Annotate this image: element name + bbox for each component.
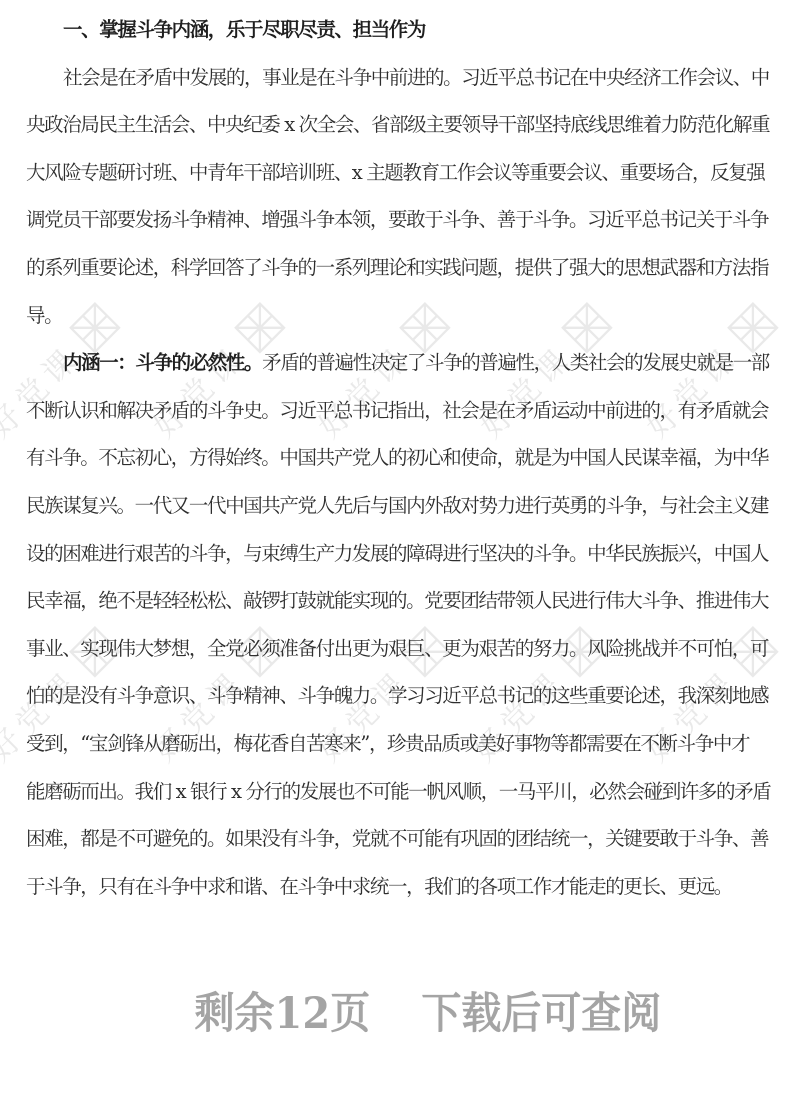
text-line: 不断认识和解决矛盾的斗争史。习近平总书记指出，社会是在矛盾运动中前进的，有矛盾就… [26, 387, 788, 435]
text-line: 能磨砺而出。我们 x 银行 x 分行的发展也不可能一帆风顺，一马平川，必然会碰到… [26, 768, 788, 816]
text-line: 民族谋复兴。一代又一代中国共产党人先后与国内外敌对势力进行英勇的斗争，与社会主义… [26, 482, 788, 530]
text-line: 的系列重要论述，科学回答了斗争的一系列理论和实践问题，提供了强大的思想武器和方法… [26, 244, 788, 292]
text-line: 怕的是没有斗争意识、斗争精神、斗争魄力。学习习近平总书记的这些重要论述，我深刻地… [26, 672, 788, 720]
text-line: 调党员干部要发扬斗争精神、增强斗争本领，要敢于斗争、善于斗争。习近平总书记关于斗… [26, 196, 788, 244]
paragraph-lead-bold: 内涵一：斗争的必然性。 [63, 351, 262, 374]
text-line: 社会是在矛盾中发展的，事业是在斗争中前进的。习近平总书记在中央经济工作会议、中 [26, 54, 788, 102]
text-line: 于斗争，只有在斗争中求和谐、在斗争中求统一，我们的各项工作才能走的更长、更远。 [26, 863, 788, 911]
text-line: 有斗争。不忘初心，方得始终。中国共产党人的初心和使命，就是为中国人民谋幸福，为中… [26, 434, 788, 482]
text-line: 设的困难进行艰苦的斗争，与束缚生产力发展的障碍进行坚决的斗争。中华民族振兴，中国… [26, 530, 788, 578]
text-line: 内涵一：斗争的必然性。矛盾的普遍性决定了斗争的普遍性，人类社会的发展史就是一部 [26, 339, 788, 387]
document-page: 好党课好党课好党课好党课好党课好党课好党课好党课好党课好党课 一、掌握斗争内涵，… [0, 0, 800, 1098]
section-heading: 一、掌握斗争内涵，乐于尽职尽责、担当作为 [26, 6, 788, 54]
text-line: 大风险专题研讨班、中青年干部培训班、x 主题教育工作会议等重要会议、重要场合，反… [26, 149, 788, 197]
text-line: 导。 [26, 292, 788, 340]
text-line: 受到，“宝剑锋从磨砺出，梅花香自苦寒来”，珍贵品质或美好事物等都需要在不断斗争中… [26, 720, 788, 768]
body-text: 社会是在矛盾中发展的，事业是在斗争中前进的。习近平总书记在中央经济工作会议、中央… [26, 54, 788, 911]
pages-remaining-label: 剩余12页 [195, 984, 371, 1044]
download-note-label: 下载后可查阅 [421, 984, 661, 1044]
paywall-footer: 剩余12页 下载后可查阅 [0, 984, 800, 1044]
text-line: 央政治局民主生活会、中央纪委 x 次全会、省部级主要领导干部坚持底线思维着力防范… [26, 101, 788, 149]
text-line: 事业、实现伟大梦想，全党必须准备付出更为艰巨、更为艰苦的努力。风险挑战并不可怕，… [26, 625, 788, 673]
text-line: 困难，都是不可避免的。如果没有斗争，党就不可能有巩固的团结统一，关键要敢于斗争、… [26, 815, 788, 863]
text-line: 民幸福，绝不是轻轻松松、敲锣打鼓就能实现的。党要团结带领人民进行伟大斗争、推进伟… [26, 577, 788, 625]
paywall-footer-text: 剩余12页 下载后可查阅 [195, 984, 662, 1044]
document-content: 一、掌握斗争内涵，乐于尽职尽责、担当作为 社会是在矛盾中发展的，事业是在斗争中前… [26, 6, 788, 910]
